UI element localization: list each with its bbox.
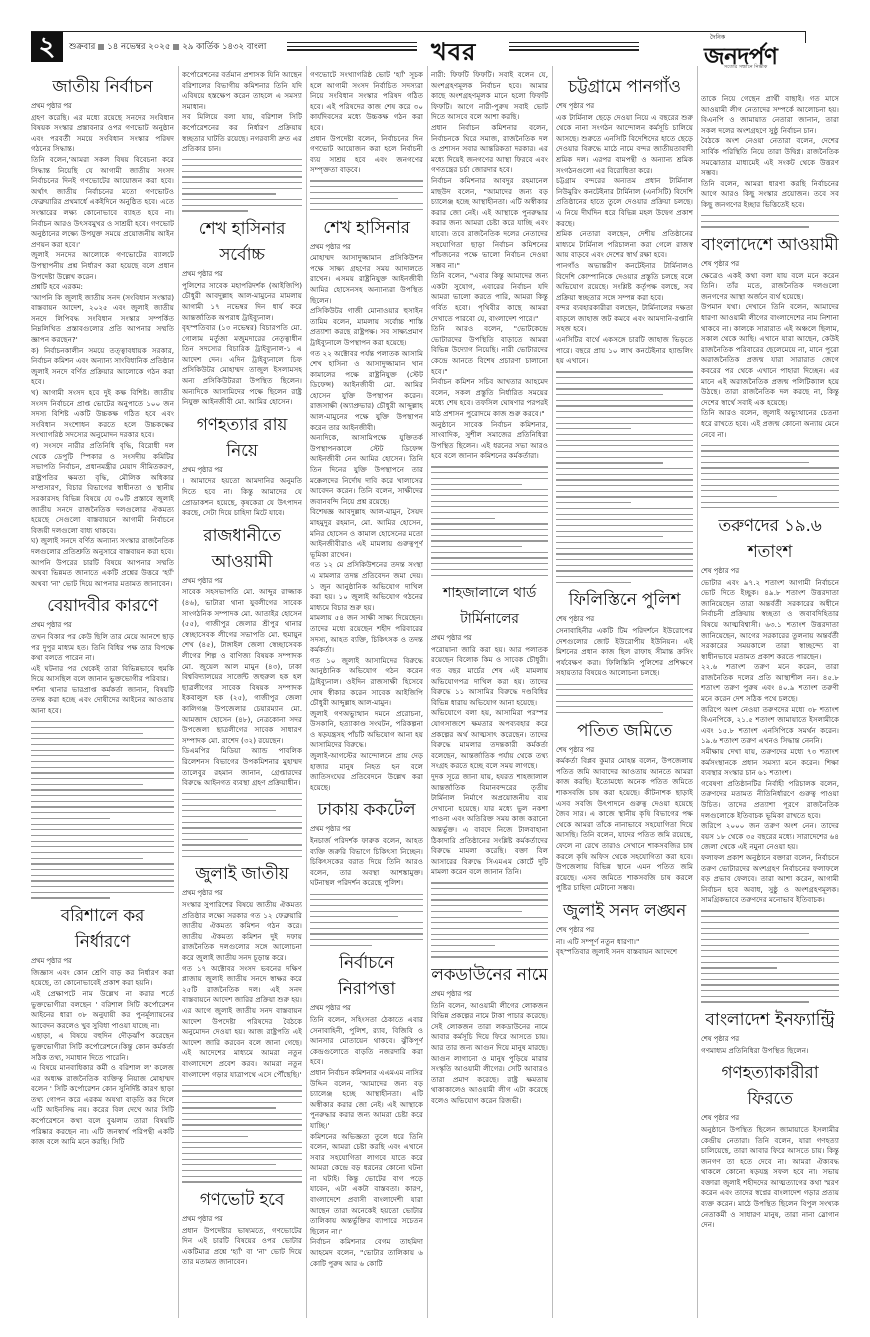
paragraph: সংস্কার সুপারিশের বিষয়ে জাতীয় ঐকমত্য প…: [182, 900, 302, 964]
paragraph: এ বিষয়ে মানবাধিকার কর্মী ও বরিশাল ল' কল…: [31, 1063, 174, 1148]
continuation-note: প্রথম পৃষ্ঠার পর: [182, 576, 302, 587]
column-divider: [552, 66, 553, 1318]
paragraph: চট্টগ্রাম বন্দরের অন্যতম প্রধান টার্মিনা…: [556, 176, 693, 229]
continuation-note: প্রথম পৃষ্ঠার পর: [31, 101, 174, 112]
paragraph: গত ২২ অক্টোবর পর্যন্ত পলাতক আসামি শেখ হা…: [310, 349, 423, 434]
paragraph: অভিযোগে বলা হয়, আসামিরা পরস্পর যোগসাজশে…: [431, 708, 548, 772]
headline: চট্টগ্রামে পানগাঁও: [556, 74, 693, 100]
paragraph: সেনাবাহিনীর একটি টিম পরিদর্শনে ইউরোপের দ…: [556, 626, 693, 679]
continuation-note: প্রথম পৃষ্ঠার পর: [31, 620, 174, 631]
newspaper-logo: দৈনিক জনদর্পণ সত্যের সন্ধানে নির্ভীক: [700, 31, 840, 71]
headline: রাজধানীতে আওয়ামী: [182, 523, 302, 575]
paragraph: বৈঠকে অংশ নেওয়া নেতারা বলেন, দেশের সার্…: [701, 136, 839, 178]
paragraph: গণভোটে সংখ্যাগরিষ্ঠ ভোট 'হ্যাঁ' সূচক হলে…: [310, 70, 423, 134]
paragraph: তিনি বলেন, আমরা ধারণা করছি নির্বাচনের আগ…: [701, 179, 839, 211]
headline: ঢাকায় ককটেল: [310, 797, 423, 823]
paragraph: পানগাঁও অভ্যন্তরীণ কনটেইনার টার্মিনালও ব…: [556, 261, 693, 303]
paragraph: জুলাই-আগস্টের আন্দোলনে প্রায় দেড় হাজার…: [310, 751, 423, 793]
paragraph: ফলাফল প্রকাশ অনুষ্ঠানে বক্তারা বলেন, নির…: [701, 853, 839, 906]
continuation-note: শেষ পৃষ্ঠার পর: [701, 259, 839, 270]
paragraph: এই ঘটনার পর থেকেই তারা বিভিন্নভাবে হুমকি…: [31, 664, 174, 685]
headline: বাংলাদেশে আওয়ামী: [701, 232, 839, 258]
headline: গণহত্যার রায় নিয়ে: [182, 412, 302, 464]
continuation-note: প্রথম পৃষ্ঠার পর: [310, 242, 423, 253]
paragraph: তিনি বলেন, "এবার কিন্তু আমাদের জন্য একটা…: [431, 271, 548, 324]
continuation-note: শেষ পৃষ্ঠার পর: [556, 614, 693, 625]
headline: তরুণদের ১৯.৬ শতাংশ: [701, 513, 839, 565]
day: শুক্রবার: [69, 42, 95, 52]
paragraph: তিনি বলেন,'আমরা সকল বিষয় বিবেচনা করে সি…: [31, 155, 174, 250]
paragraph: ভোটার এবং ৯৭.২ শতাংশ আগামী নির্বাচনে ভোট…: [701, 578, 839, 663]
paragraph: প্রধান উপদেষ্টার ভাষ্যমতে, গণভোটের দিন এ…: [182, 1226, 302, 1268]
paragraph: নির্বাচন কমিশনার বেগম তাহমিদা আহমেদ বলেন…: [310, 1237, 423, 1269]
paragraph: জরিপে অংশ নেওয়া তরুণদের মধ্যে ৩৮ শতাংশ …: [701, 705, 839, 747]
paragraph: প্রধান নির্বাচন কমিশনার এএমএম নাসির উদ্দ…: [310, 1068, 423, 1132]
paragraph: তিনি বলেন, আওয়ামী লীগের লোকজন বিভিন্ন প…: [431, 1001, 548, 1107]
masthead: ২ শুক্রবার১৪ নভেম্বর ২০২৫২৯ কার্তিক ১৪৩২…: [31, 31, 805, 61]
paragraph: ক) নির্বাচনকালীন সময়ে তত্ত্বাবধায়ক সরক…: [31, 346, 174, 388]
paragraph: উপমান যথা। দেখানে তিনি বলেন, আমাদের ধারণ…: [701, 302, 839, 408]
separator-square-icon: [173, 44, 179, 50]
headline: শেখ হাসিনার সর্বোচ্চ: [182, 216, 302, 268]
paragraph: ক্ষেত্রেও একই কথা বলা যায় বলে মনে করেন …: [701, 271, 839, 303]
decorative-rule: [287, 42, 417, 54]
paragraph: গত ১৭ অক্টোবর সংসদ ভবনের দক্ষিণ প্লাজায়…: [182, 964, 302, 1006]
paragraph: অনুষ্ঠানে উপস্থিত ছিলেন জামায়াতে ইসলামী…: [701, 1125, 839, 1231]
column-2: কর্পোরেশনের বর্তমান প্রশাসক যিনি আছেন বর…: [182, 70, 302, 1320]
paragraph: । আমাদের হয়তো আমদানির অনুমতি দিতে হবে ন…: [182, 476, 302, 518]
headline: জুলাই জাতীয়: [182, 861, 302, 887]
date-bangla: ২৯ কার্তিক ১৪৩২ বাংলা: [182, 42, 266, 52]
paragraph: এর আগে জুলাই জাতীয় সনদ বাস্তবায়ন আদেশ …: [182, 1006, 302, 1080]
continuation-note: প্রথম পৃষ্ঠার পর: [182, 269, 302, 280]
paragraph: জুলাই সনদের আলোকে গণভোটের ব্যালটে উপস্থা…: [31, 250, 174, 282]
column-divider: [427, 66, 428, 1318]
dateline: শুক্রবার১৪ নভেম্বর ২০২৫২৯ কার্তিক ১৪৩২ ব…: [69, 40, 266, 54]
paragraph: তাকে নিয়ে গেছেন প্রার্থী বাছাই। গত মাসে…: [701, 94, 839, 136]
paragraph: প্রসিকিউটর গাজী মোনাওয়ার হুসাইন তামিম ব…: [310, 306, 423, 348]
headline: বাংলাদেশ ইনফ্যান্ট্রি: [701, 1007, 839, 1033]
continuation-note: প্রথম পৃষ্ঠার পর: [310, 824, 423, 835]
paragraph: এনসিটির বার্থে একসঙ্গে চারটি জাহাজ ভিড়ত…: [556, 335, 693, 367]
paragraph: এই প্রেক্ষাপটে নাম উল্লেখ না করার শর্তে …: [31, 989, 174, 1031]
paragraph: পুলিশের সাবেক মহাপরিদর্শক (আইজিপি) চৌধুর…: [182, 281, 302, 323]
paragraph: সমীক্ষায় দেখা যায়, তরুণদের মধ্যে ৭৩ শত…: [701, 747, 839, 779]
continuation-note: প্রথম পৃষ্ঠার পর: [182, 1214, 302, 1225]
paragraph: নারী: ফিফটি ফিফটি। সবাই বলেন যে, অংশগ্রহ…: [431, 70, 548, 123]
paragraph: তিনি বলেন, সহিংসতা ঠেকাতে এবার সেনাবাহিন…: [310, 1015, 423, 1068]
paragraph: কর্মকর্তা বিপ্লব কুমার মোহন্ত বলেন, উপজে…: [556, 756, 693, 894]
headline: শাহজালালে থার্ড টার্মিনালের: [431, 580, 548, 632]
paragraph: প্রশ্নটি হবে এরকম:: [31, 282, 174, 293]
separator-square-icon: [98, 44, 104, 50]
paragraph: অন্যদিকে, আসামিপক্ষে যুক্তিতর্ক উপস্থাপন…: [310, 433, 423, 507]
paragraph: শ্রমিক নেতারা বলছেন, দেশীয় প্রতিষ্ঠানের…: [556, 229, 693, 261]
column-divider: [306, 66, 307, 1318]
continuation-note: শেষ পৃষ্ঠার পর: [701, 1034, 839, 1045]
continuation-note: শেষ পৃষ্ঠার পর: [556, 925, 693, 936]
date-gregorian: ১৪ নভেম্বর ২০২৫: [107, 42, 170, 52]
paragraph: আপনি উপরের চারটি বিষয়ে আপনার সম্মতি অথব…: [31, 558, 174, 590]
paragraph: বন্দর ব্যবহারকারীরা বলছেন, টার্মিনালের দ…: [556, 303, 693, 335]
continuation-note: প্রথম পৃষ্ঠার পর: [182, 465, 302, 476]
paragraph: গত ১০ জুলাই আসামিদের বিরুদ্ধে আনুষ্ঠানিক…: [310, 656, 423, 709]
column-divider: [178, 66, 179, 1318]
headline: ফিলিস্তিনে পুলিশ: [556, 587, 693, 613]
paragraph: না। এটি সম্পূর্ণ নতুন ধারণা।": [556, 937, 693, 948]
paragraph: জিজ্ঞাস এবং কোন শ্রেণি বাড় কর নির্ধারণ …: [31, 968, 174, 989]
headline: বেয়াদবীর কারণে: [31, 593, 174, 619]
paragraph: অনুষ্ঠানে সাবেক নির্বাচন কমিশনার, সাংবাদ…: [431, 420, 548, 462]
paragraph: সব মিলিয়ে বলা যায়, বরিশাল সিটি কর্পোরে…: [182, 112, 302, 154]
headline: নির্বাচনে নিরাপত্তা: [310, 950, 423, 1002]
page-number: ২: [31, 32, 63, 62]
column-1: জাতীয় নির্বাচন প্রথম পৃষ্ঠার পর গ্রহণ ক…: [31, 70, 174, 1320]
paragraph: দর্শনা থানার ভারপ্রাপ্ত কর্মকর্তা জানান,…: [31, 685, 174, 717]
paragraph: 'আপনি কি জুলাই জাতীয় সনদ (সংবিধান সংস্ক…: [31, 293, 174, 346]
column-6: তাকে নিয়ে গেছেন প্রার্থী বাছাই। গত মাসে…: [701, 70, 839, 1320]
paragraph: গত ১২ মে প্রসিকিউশনের তদন্ত সংস্থা এ মাম…: [310, 560, 423, 613]
paragraph: কমিশনের অভিজ্ঞতা তুলে ধরে তিনি বলেন, আমর…: [310, 1132, 423, 1238]
paragraph: বিশেষজ্ঞ আবদুল্লাহ আল-মামুন, সৈয়দ মাহমু…: [310, 507, 423, 560]
column-5: চট্টগ্রামে পানগাঁও শেষ পৃষ্ঠার পর এক টার…: [556, 70, 693, 1320]
headline: বরিশালে কর নির্ধারণে: [31, 903, 174, 955]
paragraph: জুলাই গণঅভ্যুত্থান দমনে প্ররোচনা, উসকানি…: [310, 709, 423, 751]
paragraph: তিনি আরও বলেন, জুলাই অভ্যুত্থানের চেতনা …: [701, 408, 839, 440]
paragraph: ঘ) জুলাই সনদে বর্ণিত অন্যান্য সংস্কার রা…: [31, 536, 174, 557]
continuation-note: প্রথম পৃষ্ঠার পর: [31, 956, 174, 967]
paragraph: এক টার্মিনাল ছেড়ে দেওয়া নিয়ে এ বছরের …: [556, 113, 693, 177]
column-3: গণভোটে সংখ্যাগরিষ্ঠ ভোট 'হ্যাঁ' সূচক হলে…: [310, 70, 423, 1320]
paragraph: এছাড়া, এ বিষয়ে বহুদিন দৌড়ঝাঁপ করেছেন …: [31, 1031, 174, 1063]
paragraph: দুদক সূত্রে জানা যায়, হযরত শাহজালাল আন্…: [431, 772, 548, 878]
column-4: নারী: ফিফটি ফিফটি। সবাই বলেন যে, অংশগ্রহ…: [431, 70, 548, 1320]
decorative-rule: [509, 42, 639, 54]
continuation-note: শেষ পৃষ্ঠার পর: [701, 1113, 839, 1124]
headline: গণভোট হবে: [182, 1187, 302, 1213]
paragraph: সাবেক সহসভাপতি মো. আব্দুর রাজ্জাক (৪৬), …: [182, 587, 302, 746]
headline: লকডাউনের নামে: [431, 962, 548, 988]
continuation-note: প্রথম পৃষ্ঠার পর: [431, 633, 548, 644]
paragraph: প্রধান উপদেষ্টা বলেন, নির্বাচনের দিন গণভ…: [310, 134, 423, 176]
paragraph: পরোয়ানা জারি করা হয়। আর পলাতক রয়েছেন …: [431, 645, 548, 709]
continuation-note: শেষ পৃষ্ঠার পর: [701, 566, 839, 577]
paragraph: বৃহস্পতিবার জুলাই সনদ বাস্তবায়ন আদেশে: [556, 947, 693, 958]
paragraph: ইনচার্জ পরিদর্শক ফারুক বলেন, আহত ব্যক্তি…: [310, 836, 423, 889]
paragraph: নির্বাচন কমিশনার আবদুর রহমানেল মাছউদ বলে…: [431, 176, 548, 271]
paragraph: তখন বিকার পর কেউ ছিলি তার মেয়ে আনশে ছাড…: [31, 632, 174, 664]
paragraph: গ্রহণ করেছি। এর মধ্যে রয়েছে সনদের সংবিধ…: [31, 113, 174, 155]
paragraph: জরিপে ২০০০ জন তরুণ অংশ নেন। তাদের বয়স ১…: [701, 821, 839, 853]
headline: জাতীয় নির্বাচন: [31, 74, 174, 100]
headline: শেখ হাসিনার: [310, 215, 423, 241]
continuation-note: শেষ পৃষ্ঠার পর: [556, 101, 693, 112]
paragraph: ডিএমপির মিডিয়া অ্যান্ড পাবলিক রিলেশনস ব…: [182, 746, 302, 788]
paragraph: গ) সংসদে নারীর প্রতিনিধি বৃদ্ধি, বিরোধী …: [31, 441, 174, 536]
headline: জুলাই সনদ লঙ্ঘন: [556, 898, 693, 924]
paragraph: খ) আগামী সংসদ হবে দুই কক্ষ বিশিষ্ট। জাতী…: [31, 388, 174, 441]
paragraph: কর্পোরেশনের বর্তমান প্রশাসক যিনি আছেন বর…: [182, 70, 302, 112]
masthead-border: [805, 31, 806, 43]
column-divider: [697, 66, 698, 1318]
continuation-note: শেষ পৃষ্ঠার পর: [556, 745, 693, 756]
paragraph: মোহাম্মদ আসাদুজ্জামান প্রসিকিউশন পক্ষে স…: [310, 253, 423, 306]
paragraph: বৃহস্পতিবার (১৩ নভেম্বর) বিচারপতি মো. গো…: [182, 323, 302, 408]
paragraph: গবেষণা প্রতিষ্ঠানটির নির্বাহী পরিচালক বল…: [701, 779, 839, 821]
paragraph: তিনি আরও বলেন, "ভোটকেন্দ্রে ভোটারদের উপস…: [431, 324, 548, 377]
section-title: খবর: [431, 34, 476, 74]
paragraph: ২২.৬ শতাংশ তরুণ মনে করেন, তারা রাজনৈতিক …: [701, 662, 839, 704]
paragraph: গণমাধ্যম প্রতিনিধিরা উপস্থিত ছিলেন।: [701, 1046, 839, 1057]
paragraph: মামলায় ৫৪ জন সাক্ষী সাক্ষ্য দিয়েছেন। ত…: [310, 613, 423, 655]
headline: পতিত জমিতে: [556, 718, 693, 744]
headline: গণহত্যাকারীরা ফিরতে: [701, 1060, 839, 1112]
continuation-note: প্রথম পৃষ্ঠার পর: [182, 888, 302, 899]
continuation-note: প্রথম পৃষ্ঠার পর: [431, 989, 548, 1000]
paragraph: নির্বাচন কমিশন সচিব আখতার আহমেদ বলেন, সক…: [431, 377, 548, 419]
paragraph: প্রধান নির্বাচন কমিশনার বলেন, নির্বাচনকে…: [431, 123, 548, 176]
continuation-note: প্রথম পৃষ্ঠার পর: [310, 1003, 423, 1014]
